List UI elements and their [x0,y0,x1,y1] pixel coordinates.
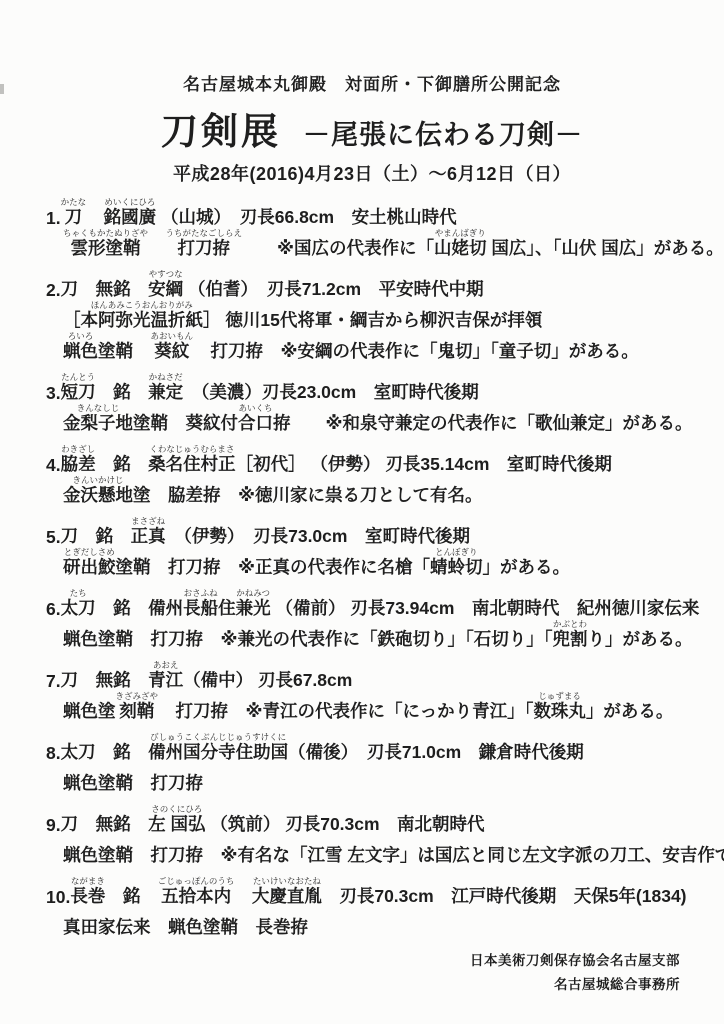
text-segment: 蝋色塗鞘 打刀拵 ※有名な「江雪 左文字」は国広と同じ左文字派の刀工、安吉作であ… [63,842,724,867]
ruby-segment: 桑名住村正くわなじゅうむらまさ [148,444,236,476]
text-segment: 塗鞘 打刀拵 ※正真の代表作に名槍「 [116,554,431,579]
ruby-segment: 刻鞘きざみざや [116,691,159,723]
text-segment: 刃長70.3cm 江戸時代後期 天保5年(1834) [322,883,687,908]
text-segment [234,883,252,908]
text-segment: （美濃）刃長23.0cm 室町時代後期 [183,379,479,404]
ruby-segment: 五拾本内ごじゅっぽんのうち [158,876,235,908]
item-line: 1.刀かたな 銘國廣めいくにひろ （山城） 刃長66.8cm 安土桃山時代 [46,198,698,229]
ruby-segment: 銘國廣めいくにひろ [104,197,157,229]
occasion-line: 名古屋城本丸御殿 対面所・下御膳所公開記念 [46,70,698,95]
item-line: 金沃懸地きんいかけじ塗 脇差拵 ※徳川家に祟る刀として有名。 [46,476,698,507]
ruby-segment: 太刀たち [61,588,96,620]
item-line: 2.刀 無銘 安綱やすつな （伯耆） 刃長71.2cm 平安時代中期 [46,270,698,301]
text-segment: ※国広の代表作に「 [242,235,434,260]
item-line: 5.刀 銘 正真まさざね （伊勢） 刃長73.0cm 室町時代後期 [46,517,698,548]
document-footer: 日本美術刀剣保存協会名古屋支部 名古屋城総合事務所 [46,949,698,997]
ruby-segment: 正真まさざね [131,516,166,548]
document-header: 名古屋城本丸御殿 対面所・下御膳所公開記念 刀剣展 －尾張に伝わる刀剣－ 平成2… [46,70,698,186]
ruby-segment: 大慶直胤たいけいなおたね [252,876,322,908]
text-segment: 」がある。 [483,554,571,579]
text-segment: 10. [46,887,70,908]
text-segment: 拵 ※和泉守兼定の代表作に「歌仙兼定」がある。 [273,410,693,435]
item-line: 4.脇差わきざし 銘 桑名住村正くわなじゅうむらまさ［初代］ （伊勢） 刃長35… [46,445,698,476]
item-line: 蝋色ろいろ塗鞘 葵紋あおいもん 打刀拵 ※安綱の代表作に「鬼切」「童子切」がある… [46,332,698,363]
footer-office: 名古屋城総合事務所 [46,973,680,997]
ruby-segment: 研出鮫とぎだしさめ [63,547,116,579]
ruby-segment: 金沃懸地きんいかけじ [63,475,133,507]
text-segment: （筑前） 刃長70.3cm 南北朝時代 [205,811,484,836]
text-segment: 打刀拵 ※青江の代表作に「にっかり青江」「 [158,698,533,723]
text-segment: ］ 徳川15代将軍・綱吉から柳沢吉保が拝領 [203,307,542,332]
ruby-segment: 本阿弥光温折紙ほんあみこうおんおりがみ [81,300,204,332]
item-line: 6.太刀たち 銘 備州長船おさふね住兼光かねみつ （備前） 刃長73.94cm … [46,589,698,620]
text-segment: 7. [46,671,61,692]
text-segment: り」がある。 [588,626,693,651]
text-segment: 4. [46,455,61,476]
exhibition-dates: 平成28年(2016)4月23日（土）～6月12日（日） [46,160,698,186]
item-line: 蝋色塗鞘 打刀拵 ※兼光の代表作に「鉄砲切り」「石切り」「兜割かぶとわり」がある… [46,620,698,651]
list-item: 7.刀 無銘 青江あおえ（備中） 刃長67.8cm蝋色塗刻鞘きざみざや 打刀拵 … [46,661,698,723]
text-segment: 銘 [105,883,158,908]
text-segment [86,204,104,229]
ruby-segment: 山姥切やまんばぎり [434,228,487,260]
item-line: 蝋色塗鞘 打刀拵 [46,764,698,795]
ruby-segment: 兼光かねみつ [236,588,271,620]
item-line: ［本阿弥光温折紙ほんあみこうおんおりがみ］ 徳川15代将軍・綱吉から柳沢吉保が拝… [46,301,698,332]
text-segment: （伊勢） 刃長73.0cm 室町時代後期 [166,523,470,548]
sword-list: 1.刀かたな 銘國廣めいくにひろ （山城） 刃長66.8cm 安土桃山時代雲形塗… [46,198,698,939]
text-segment: 9. [46,815,61,836]
text-segment: 蝋色塗鞘 打刀拵 [63,770,203,795]
text-segment: 6. [46,599,61,620]
ruby-segment: 葵紋あおいもん [151,331,194,363]
scan-artifact [0,84,4,94]
text-segment: （伯耆） 刃長71.2cm 平安時代中期 [183,276,483,301]
ruby-segment: 脇差わきざし [61,444,96,476]
text-segment: 銘 備州 [96,595,184,620]
text-segment: 」がある。 [586,698,674,723]
text-segment: 太刀 銘 [61,739,149,764]
text-segment: ［初代］ （伊勢） 刃長35.14cm 室町時代後期 [236,451,612,476]
title-row: 刀剣展 －尾張に伝わる刀剣－ [46,101,698,155]
item-line: 雲形塗鞘ちゃくもかたぬりざや 打刀拵うちがたなごしらえ ※国広の代表作に「山姥切… [46,229,698,260]
scanned-document-page: 名古屋城本丸御殿 対面所・下御膳所公開記念 刀剣展 －尾張に伝わる刀剣－ 平成2… [0,0,724,1024]
item-line: 8.太刀 銘 備州国分寺住助国びしゅうこくぶんじじゅうすけくに（備後） 刃長71… [46,733,698,764]
item-line: 真田家伝来 蝋色塗鞘 長巻拵 [46,908,698,939]
ruby-segment: 兜割かぶとわ [553,619,588,651]
exhibition-subtitle: －尾張に伝わる刀剣－ [303,113,583,152]
text-segment: 塗鞘 [98,338,151,363]
ruby-segment: 長船おさふね [183,588,218,620]
item-line: 金梨子地きんなしじ塗鞘 葵紋付合口あいくち拵 ※和泉守兼定の代表作に「歌仙兼定」… [46,404,698,435]
text-segment: 打刀拵 ※安綱の代表作に「鬼切」「童子切」がある。 [193,338,639,363]
list-item: 6.太刀たち 銘 備州長船おさふね住兼光かねみつ （備前） 刃長73.94cm … [46,589,698,651]
list-item: 9.刀 無銘 左 国弘さのくにひろ （筑前） 刃長70.3cm 南北朝時代蝋色塗… [46,805,698,867]
text-segment: 蝋色塗鞘 打刀拵 ※兼光の代表作に「鉄砲切り」「石切り」「 [63,626,553,651]
item-line: 7.刀 無銘 青江あおえ（備中） 刃長67.8cm [46,661,698,692]
text-segment: 住 [218,595,236,620]
list-item: 8.太刀 銘 備州国分寺住助国びしゅうこくぶんじじゅうすけくに（備後） 刃長71… [46,733,698,795]
ruby-segment: 左 国弘さのくにひろ [148,804,205,836]
text-segment: 蝋色塗 [63,698,116,723]
list-item: 1.刀かたな 銘國廣めいくにひろ （山城） 刃長66.8cm 安土桃山時代雲形塗… [46,198,698,260]
list-item: 10.長巻ながまき 銘 五拾本内ごじゅっぽんのうち 大慶直胤たいけいなおたね 刃… [46,877,698,939]
text-segment: 3. [46,383,61,404]
text-segment: 刀 無銘 [61,276,149,301]
item-line: 3.短刀たんとう 銘 兼定かねさだ （美濃）刃長23.0cm 室町時代後期 [46,373,698,404]
text-segment: 真田家伝来 蝋色塗鞘 長巻拵 [63,914,308,939]
text-segment: 国広」、「山伏 国広」がある。 [487,235,724,260]
text-segment: ［ [63,307,81,332]
ruby-segment: 安綱やすつな [148,269,183,301]
text-segment: （備中） 刃長67.8cm [183,667,352,692]
ruby-segment: 備州国分寺住助国びしゅうこくぶんじじゅうすけくに [148,732,288,764]
ruby-segment: 蜻蛉切とんぼぎり [430,547,483,579]
text-segment [148,235,166,260]
ruby-segment: 金梨子地きんなしじ [63,403,133,435]
ruby-segment: 数珠丸じゅずまる [533,691,586,723]
ruby-segment: 刀かたな [61,197,87,229]
text-segment: 5. [46,527,61,548]
ruby-segment: 短刀たんとう [61,372,96,404]
ruby-segment: 長巻ながまき [70,876,105,908]
text-segment: 1. [46,208,61,229]
item-line: 研出鮫とぎだしさめ塗鞘 打刀拵 ※正真の代表作に名槍「蜻蛉切とんぼぎり」がある。 [46,548,698,579]
text-segment: （備前） 刃長73.94cm 南北朝時代 紀州徳川家伝来 [271,595,700,620]
text-segment: 刀 銘 [61,523,131,548]
text-segment: 8. [46,743,61,764]
list-item: 2.刀 無銘 安綱やすつな （伯耆） 刃長71.2cm 平安時代中期［本阿弥光温… [46,270,698,363]
ruby-segment: 合口あいくち [238,403,273,435]
footer-organization: 日本美術刀剣保存協会名古屋支部 [46,949,680,973]
text-segment: 塗 脇差拵 ※徳川家に祟る刀として有名。 [133,482,483,507]
ruby-segment: 雲形塗鞘ちゃくもかたぬりざや [63,228,148,260]
text-segment: 銘 [96,451,149,476]
text-segment: 刀 無銘 [61,667,149,692]
text-segment: 2. [46,280,61,301]
text-segment: 塗鞘 葵紋付 [133,410,238,435]
list-item: 4.脇差わきざし 銘 桑名住村正くわなじゅうむらまさ［初代］ （伊勢） 刃長35… [46,445,698,507]
ruby-segment: 打刀拵うちがたなごしらえ [166,228,243,260]
item-line: 蝋色塗鞘 打刀拵 ※有名な「江雪 左文字」は国広と同じ左文字派の刀工、安吉作であ… [46,836,698,867]
text-segment: 刀 無銘 [61,811,149,836]
text-segment: 銘 [96,379,149,404]
exhibition-title: 刀剣展 [161,101,281,155]
ruby-segment: 蝋色ろいろ [63,331,98,363]
item-line: 10.長巻ながまき 銘 五拾本内ごじゅっぽんのうち 大慶直胤たいけいなおたね 刃… [46,877,698,908]
ruby-segment: 兼定かねさだ [148,372,183,404]
text-segment: （備後） 刃長71.0cm 鎌倉時代後期 [288,739,584,764]
list-item: 3.短刀たんとう 銘 兼定かねさだ （美濃）刃長23.0cm 室町時代後期金梨子… [46,373,698,435]
ruby-segment: 青江あおえ [148,660,183,692]
text-segment: （山城） 刃長66.8cm 安土桃山時代 [156,204,456,229]
list-item: 5.刀 銘 正真まさざね （伊勢） 刃長73.0cm 室町時代後期研出鮫とぎだし… [46,517,698,579]
item-line: 蝋色塗刻鞘きざみざや 打刀拵 ※青江の代表作に「にっかり青江」「数珠丸じゅずまる… [46,692,698,723]
item-line: 9.刀 無銘 左 国弘さのくにひろ （筑前） 刃長70.3cm 南北朝時代 [46,805,698,836]
